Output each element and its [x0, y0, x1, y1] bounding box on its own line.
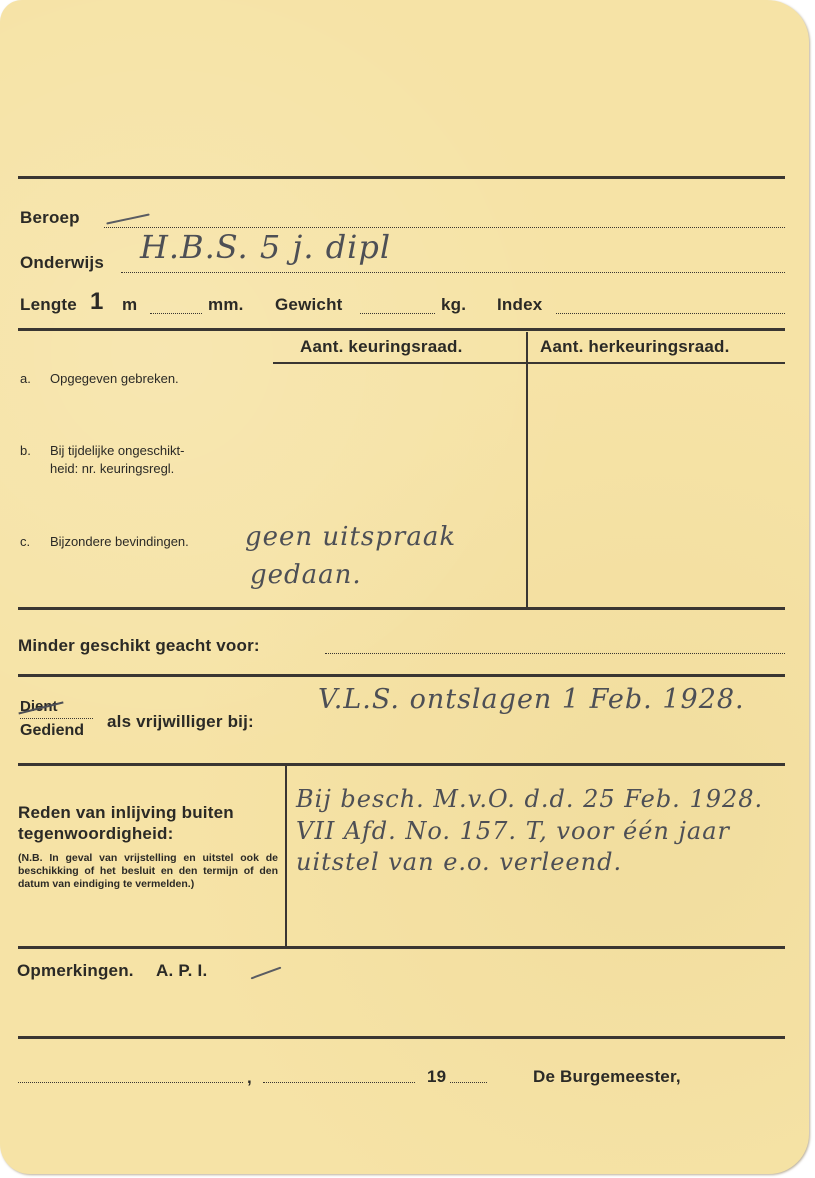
- reden-note: (N.B. In geval van vrijstelling en uitst…: [18, 852, 278, 891]
- row-a-herkeuring-cell[interactable]: [532, 368, 782, 428]
- row-c-keuring-value-line2: gedaan.: [250, 560, 362, 590]
- lengte-label: Lengte: [20, 295, 77, 315]
- row-b-letter: b.: [20, 442, 31, 460]
- vrijwilliger-value: V.L.S. ontslagen 1 Feb. 1928.: [318, 684, 745, 715]
- gewicht-unit: kg.: [441, 295, 466, 315]
- vrijwilliger-label: als vrijwilliger bij:: [107, 712, 254, 732]
- year-prefix: 19: [427, 1067, 446, 1087]
- api-dash-mark: [251, 967, 282, 980]
- place-field[interactable]: [18, 1082, 243, 1083]
- top-rule: [18, 176, 785, 179]
- reden-label-line2: tegenwoordigheid:: [18, 824, 173, 844]
- fraction-line: [20, 718, 93, 720]
- row-b-herkeuring-cell[interactable]: [532, 436, 782, 496]
- row-a-keuring-cell[interactable]: [290, 368, 522, 428]
- gewicht-field[interactable]: [360, 313, 435, 314]
- year-suffix-field[interactable]: [450, 1082, 487, 1083]
- gewicht-label: Gewicht: [275, 295, 343, 315]
- military-registration-card: Beroep Onderwijs H.B.S. 5 j. dipl Lengte…: [0, 0, 809, 1174]
- row-b-label-line2: heid: nr. keuringsregl.: [50, 460, 174, 478]
- lengte-meters: 1: [90, 288, 103, 316]
- onderwijs-value: H.B.S. 5 j. dipl: [140, 228, 391, 266]
- row-c-keuring-value-line1: geen uitspraak: [245, 522, 456, 552]
- row-a-label: Opgegeven gebreken.: [50, 370, 179, 388]
- index-field[interactable]: [556, 313, 785, 314]
- minder-geschikt-label: Minder geschikt geacht voor:: [18, 636, 260, 656]
- row-b-label-line1: Bij tijdelijke ongeschikt-: [50, 442, 184, 460]
- api-label: A. P. I.: [156, 961, 207, 981]
- vrijwilliger-rule: [18, 763, 785, 766]
- table-bottom-rule: [18, 607, 785, 610]
- row-c-letter: c.: [20, 533, 30, 551]
- reden-value-line3: uitstel van e.o. verleend.: [296, 848, 622, 876]
- lengte-mm-unit: mm.: [208, 295, 244, 315]
- onderwijs-field[interactable]: [121, 272, 785, 273]
- reden-divider: [285, 765, 287, 947]
- lengte-m-unit: m: [122, 295, 137, 315]
- dient-option-struck: Dient: [20, 698, 58, 715]
- minder-geschikt-rule: [18, 674, 785, 677]
- gediend-option: Gediend: [20, 722, 84, 740]
- dient-struck-text: Dient: [20, 698, 58, 715]
- reden-label-line1: Reden van inlijving buiten: [18, 803, 234, 823]
- reden-value-line2: VII Afd. No. 157. T, voor één jaar: [296, 817, 730, 845]
- burgemeester-label: De Burgemeester,: [533, 1067, 681, 1087]
- row-c-herkeuring-cell[interactable]: [532, 510, 782, 600]
- column-divider: [526, 332, 528, 608]
- beroep-dash-mark: [106, 213, 149, 224]
- index-label: Index: [497, 295, 542, 315]
- reden-rule: [18, 946, 785, 949]
- date-field[interactable]: [263, 1082, 415, 1083]
- minder-geschikt-field[interactable]: [325, 653, 785, 654]
- opmerkingen-label: Opmerkingen.: [17, 961, 134, 981]
- row-c-label: Bijzondere bevindingen.: [50, 533, 189, 551]
- beroep-label: Beroep: [20, 208, 80, 228]
- lengte-mm-field[interactable]: [150, 313, 202, 314]
- reden-value-line1: Bij besch. M.v.O. d.d. 25 Feb. 1928.: [296, 785, 763, 813]
- opmerkingen-field[interactable]: [18, 988, 785, 1032]
- opmerkingen-rule: [18, 1036, 785, 1039]
- onderwijs-label: Onderwijs: [20, 253, 104, 273]
- measure-rule: [18, 328, 785, 331]
- comma: ,: [247, 1068, 252, 1088]
- col-header-herkeuringsraad: Aant. herkeuringsraad.: [540, 337, 730, 357]
- row-b-keuring-cell[interactable]: [290, 436, 522, 496]
- header-rule: [273, 362, 785, 364]
- col-header-keuringsraad: Aant. keuringsraad.: [300, 337, 463, 357]
- row-a-letter: a.: [20, 370, 31, 388]
